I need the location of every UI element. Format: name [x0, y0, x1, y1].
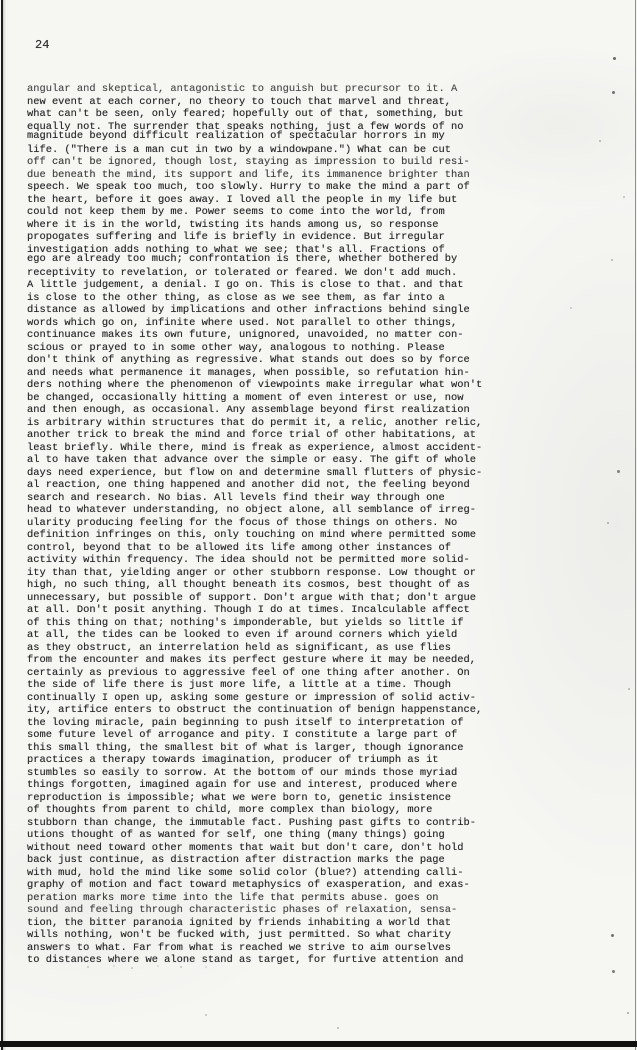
text-line: of thoughts from parent to child, more c… — [27, 804, 482, 817]
text-line: and then enough, as occasional. Any asse… — [27, 404, 482, 417]
text-line: magnitude beyond difficult realization o… — [27, 130, 482, 143]
text-line: activity within frequency. The idea shou… — [27, 554, 482, 567]
text-line: least briefly. While there, mind is frea… — [27, 442, 482, 455]
text-line: of this thing on that; nothing's imponde… — [27, 617, 482, 630]
text-line: angular and skeptical, antagonistic to a… — [27, 83, 482, 96]
text-line: where it is in the world, twisting its h… — [27, 219, 482, 232]
scan-speck — [627, 1012, 629, 1014]
text-line: ity than that, yielding anger or other s… — [27, 567, 482, 580]
text-line: is close to the other thing, as close as… — [27, 292, 482, 305]
text-line: propogates suffering and life is briefly… — [27, 231, 482, 244]
text-line: ity, artifice enters to obstruct the con… — [27, 704, 482, 717]
text-line: the loving miracle, pain beginning to pu… — [27, 717, 482, 730]
text-line: receptivity to revelation, or tolerated … — [27, 267, 482, 280]
text-line: control, beyond that to be allowed its l… — [27, 542, 482, 555]
text-line: words which go on, infinite where used. … — [27, 317, 482, 330]
text-line: the heart, before it goes away. I loved … — [27, 194, 482, 207]
text-line: off can't be ignored, though lost, stayi… — [27, 156, 482, 169]
scan-speck — [623, 196, 625, 198]
text-line: distance as allowed by implications and … — [27, 304, 482, 317]
text-line: unnecessary, but possible of support. Do… — [27, 592, 482, 605]
text-line: practices a therapy towards imagination,… — [27, 754, 482, 767]
page-number: 24 — [35, 38, 49, 52]
text-line: another trick to break the mind and forc… — [27, 429, 482, 442]
text-line: certainly as previous to aggressive feel… — [27, 667, 482, 680]
text-line: due beneath the mind, its support and li… — [27, 169, 482, 182]
scan-speck — [607, 522, 609, 524]
scanned-typescript-page: 24 angular and skeptical, antagonistic t… — [0, 0, 637, 1050]
text-line: the side of life there is just more life… — [27, 679, 482, 692]
text-line: as they obstruct, an interrelation held … — [27, 642, 482, 655]
faint-ghost-text — [80, 963, 220, 971]
scan-speck — [205, 1014, 207, 1016]
scan-speck — [611, 259, 613, 261]
body-text: angular and skeptical, antagonistic to a… — [27, 83, 482, 967]
scan-speck — [612, 970, 615, 973]
scan-speck — [628, 688, 630, 690]
text-line: back just continue, as distraction after… — [27, 854, 482, 867]
text-line: peration marks more time into the life t… — [27, 892, 482, 905]
text-line: utions thought of as wanted for self, on… — [27, 829, 482, 842]
text-line: answers to what. Far from what is reache… — [27, 942, 482, 955]
scan-speck — [613, 57, 616, 60]
text-line: this small thing, the smallest bit of wh… — [27, 742, 482, 755]
text-line: life. ("There is a man cut in two by a w… — [27, 144, 482, 157]
text-line: stumbles so easily to sorrow. At the bot… — [27, 767, 482, 780]
text-line: ularity producing feeling for the focus … — [27, 517, 482, 530]
text-line: be changed, occasionally hitting a momen… — [27, 392, 482, 405]
text-line: tion, the bitter paranoia ignited by fri… — [27, 917, 482, 930]
text-line: continually I open up, asking some gestu… — [27, 692, 482, 705]
text-line: new event at each corner, no theory to t… — [27, 96, 482, 109]
text-line: ders nothing where the phenomenon of vie… — [27, 379, 482, 392]
text-line: search and research. No bias. All levels… — [27, 492, 482, 505]
scan-speck — [337, 1027, 339, 1029]
scan-speck — [617, 470, 620, 473]
text-line: sound and feeling through characteristic… — [27, 904, 482, 917]
text-line: high, no such thing, all thought beneath… — [27, 579, 482, 592]
text-line: don't think of anything as regressive. W… — [27, 354, 482, 367]
text-line: is arbitrary within structures that do p… — [27, 417, 482, 430]
text-line: what can't be seen, only feared; hopeful… — [27, 108, 482, 121]
scan-speck — [612, 91, 615, 94]
text-line: some future level of arrogance and pity.… — [27, 729, 482, 742]
text-line: reproduction is impossible; what we were… — [27, 792, 482, 805]
bottom-scan-bar — [0, 1041, 637, 1047]
text-line: things forgotten, imagined again for use… — [27, 779, 482, 792]
text-line: without need toward other moments that w… — [27, 842, 482, 855]
text-line: with mud, hold the mind like some solid … — [27, 867, 482, 880]
text-line: and needs what permanence it manages, wh… — [27, 367, 482, 380]
right-scan-edge — [635, 0, 636, 1050]
text-line: A little judgement, a denial. I go on. T… — [27, 279, 482, 292]
text-line: at all. Don't posit anything. Though I d… — [27, 604, 482, 617]
text-line: could not keep them by me. Power seems t… — [27, 206, 482, 219]
text-line: at all, the tides can be looked to even … — [27, 629, 482, 642]
text-line: definition infringes on this, only touch… — [27, 529, 482, 542]
text-line: continuance makes its own future, unigno… — [27, 329, 482, 342]
text-line: days need experience, but flow on and de… — [27, 467, 482, 480]
text-line: al reaction, one thing happened and anot… — [27, 479, 482, 492]
scan-speck — [599, 140, 601, 142]
text-line: scious or prayed to in some other way, a… — [27, 342, 482, 355]
text-line: wills nothing, won't be fucked with, jus… — [27, 929, 482, 942]
left-edge-shadow — [3, 0, 6, 1050]
text-line: from the encounter and makes its perfect… — [27, 654, 482, 667]
scan-speck — [611, 934, 614, 937]
text-line: speech. We speak too much, too slowly. H… — [27, 181, 482, 194]
text-line: head to whatever understanding, no objec… — [27, 504, 482, 517]
text-line: stubborn than change, the immutable fact… — [27, 817, 482, 830]
text-line: al to have taken that advance over the s… — [27, 454, 482, 467]
text-line: ego are already too much; confrontation … — [27, 253, 482, 266]
scan-speck — [570, 307, 572, 309]
text-line: graphy of motion and fact toward metaphy… — [27, 879, 482, 892]
